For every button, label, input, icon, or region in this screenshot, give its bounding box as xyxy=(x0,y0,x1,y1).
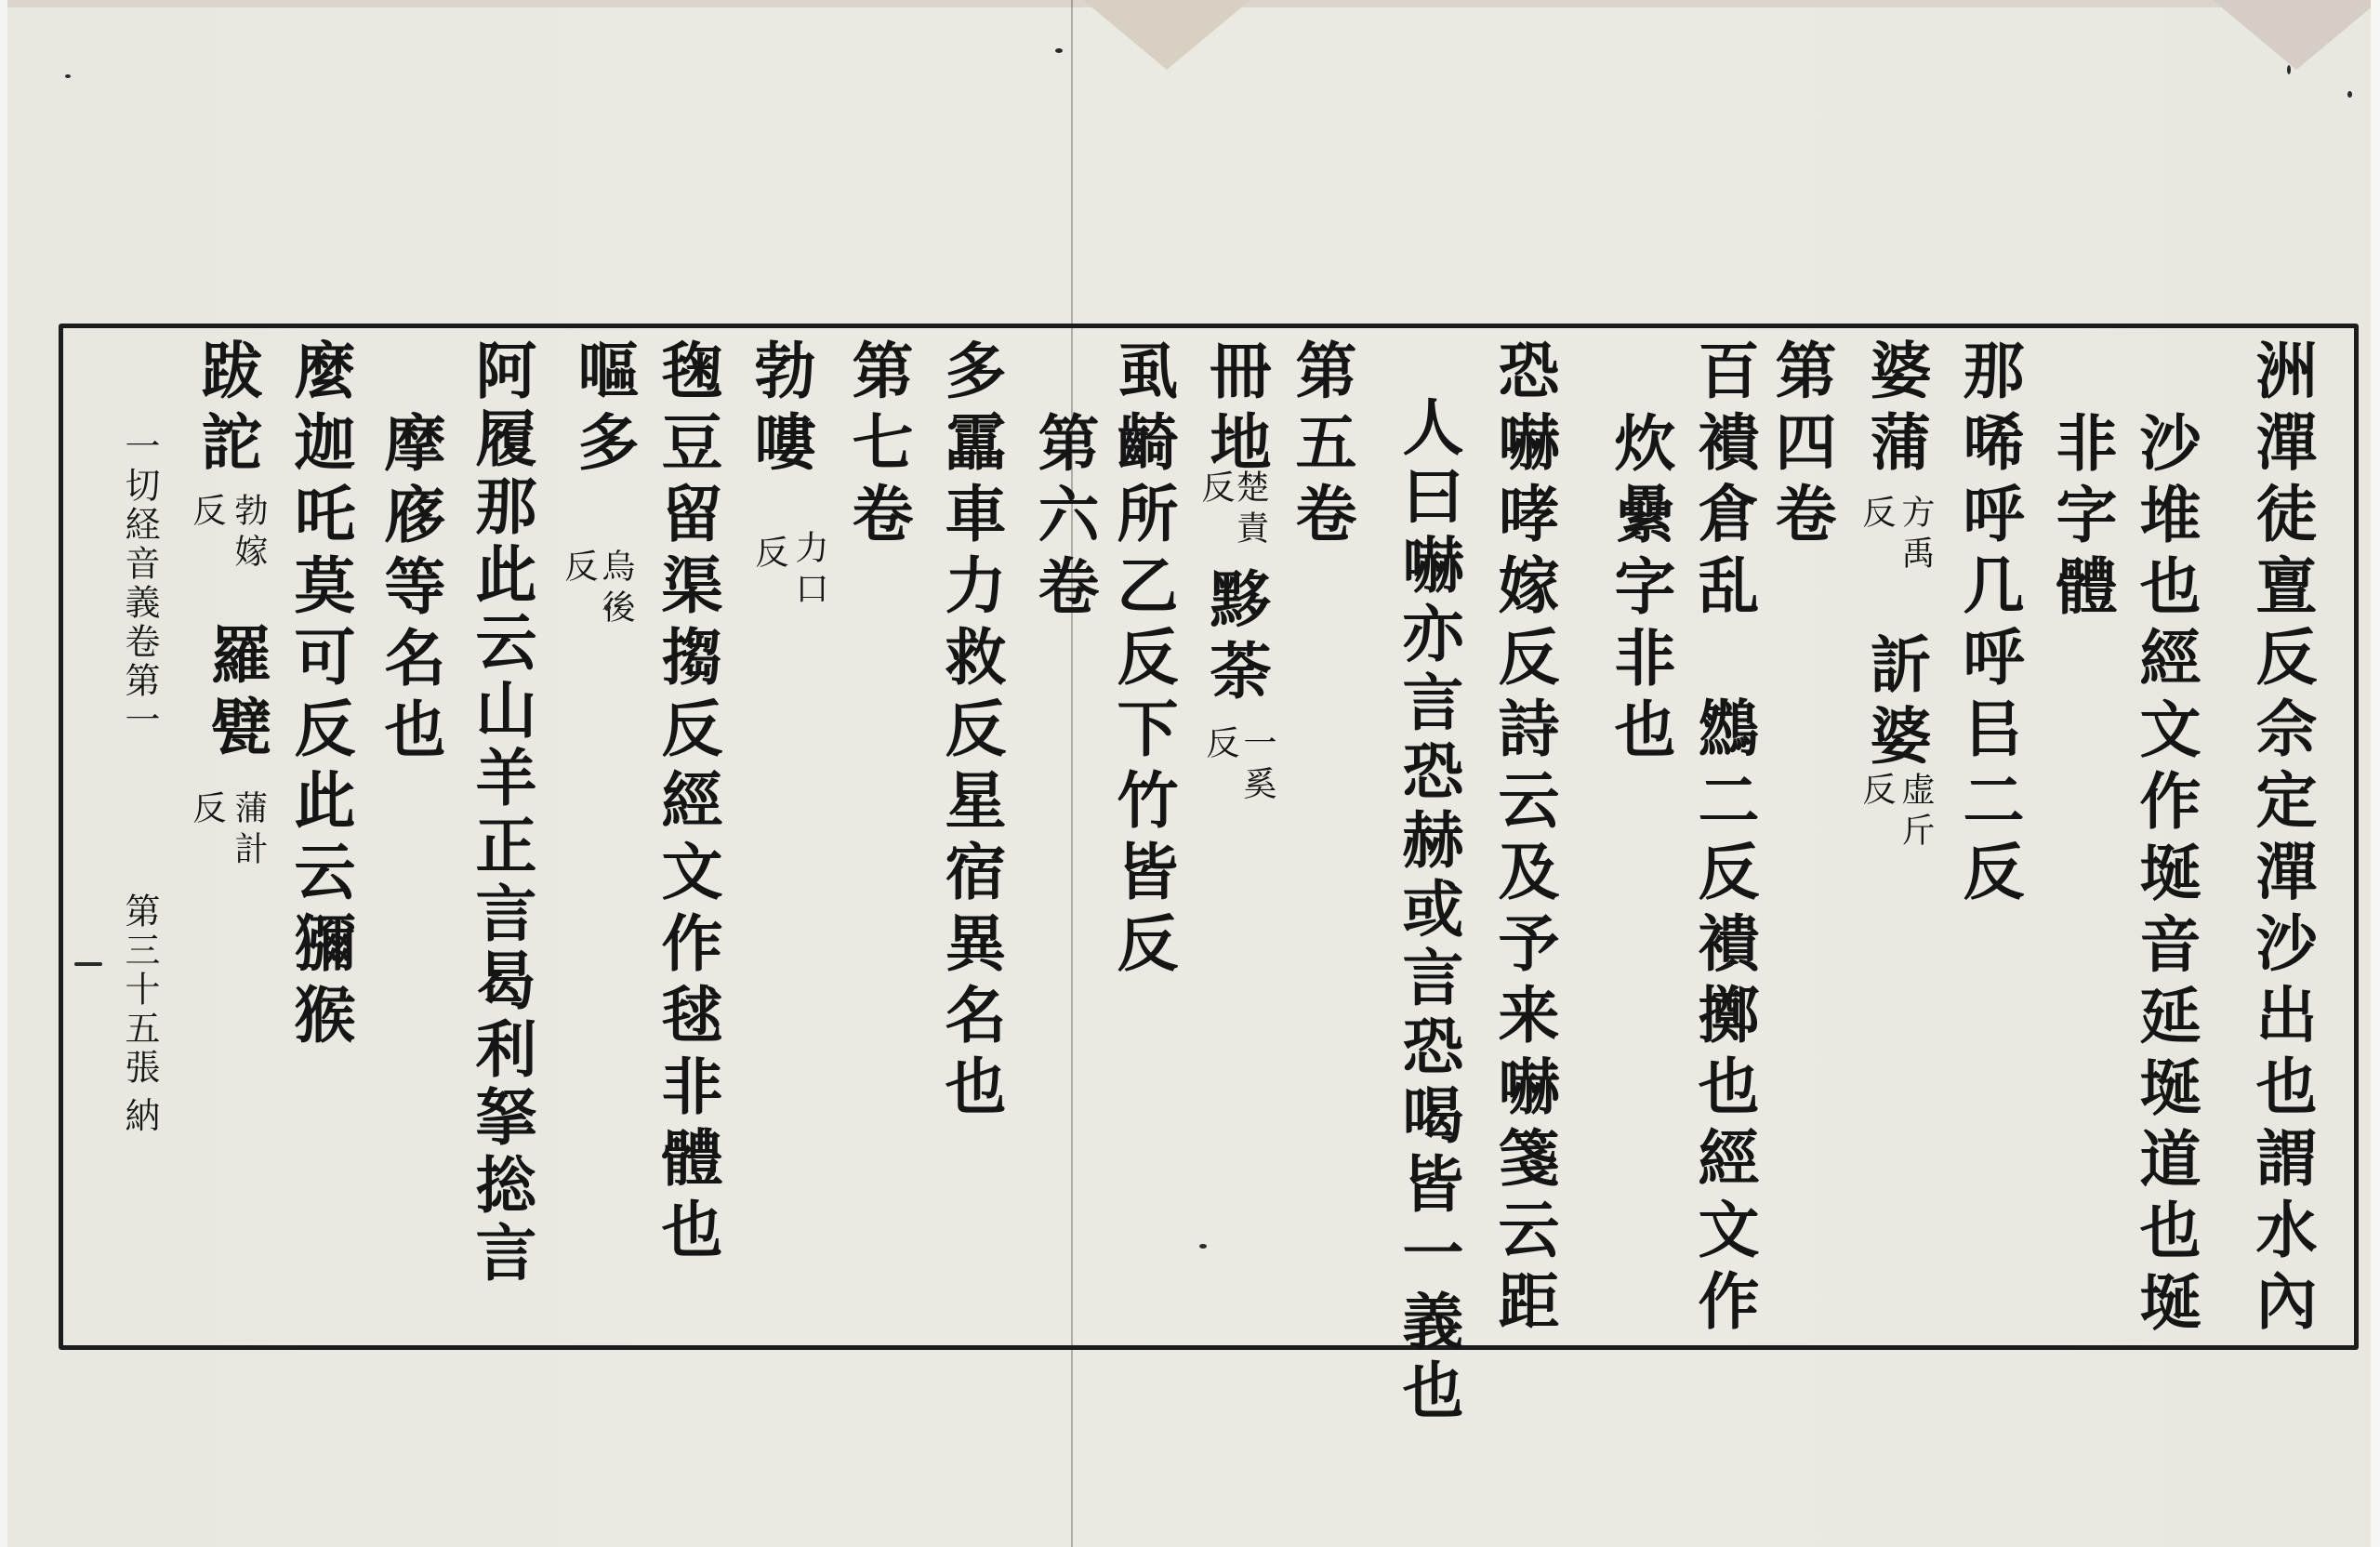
page-left-edge xyxy=(0,0,7,1547)
annotation-5a-suffix: 反 xyxy=(1856,495,1897,535)
scanned-page: 洲潬徒亶反佘定潬沙出也謂水內 沙堆也經文作埏音延埏道也埏 非字體 那唏呼几呼㠯二… xyxy=(0,0,2380,1547)
page-top-notch xyxy=(1083,0,1250,70)
annotation-19-suffix: 反 xyxy=(558,549,599,589)
text-column-5-second: 訢婆 xyxy=(1859,632,1932,775)
annotation-23b-suffix: 反 xyxy=(186,790,227,831)
text-column-7: 百䙡倉乱𢋡䳿二反䙡擲也經文作 xyxy=(1687,338,1760,1341)
section-heading-vol5: 第五卷 xyxy=(1285,338,1357,553)
ink-speck xyxy=(1055,48,1063,53)
text-column-9: 恐嚇哮嫁反詩云及予来嚇箋云距 xyxy=(1487,338,1560,1341)
ink-speck xyxy=(2287,65,2291,74)
annotation-19: 烏後 xyxy=(595,549,636,630)
annotation-23b: 蒲計 xyxy=(228,790,269,872)
ink-speck xyxy=(2347,91,2352,98)
section-heading-vol4: 第四卷 xyxy=(1765,338,1837,553)
text-column-1: 洲潬徒亶反佘定潬沙出也謂水內 xyxy=(2245,338,2318,1341)
annotation-17-suffix: 反 xyxy=(748,535,789,575)
ink-mark xyxy=(74,962,102,966)
annotation-12b: 一奚 xyxy=(1236,725,1277,807)
text-column-2: 沙堆也經文作埏音延埏道也埏 xyxy=(2129,411,2201,1342)
annotation-23a-suffix: 反 xyxy=(186,493,227,534)
page-right-edge xyxy=(2371,0,2380,1547)
section-heading-vol7: 第七卷 xyxy=(841,338,914,553)
annotation-12b-suffix: 反 xyxy=(1199,725,1240,766)
text-column-4: 那唏呼几呼㠯二反 xyxy=(1952,338,2025,911)
annotation-5b: 虚斤 xyxy=(1895,772,1936,853)
annotation-17: 力口 xyxy=(788,530,829,612)
annotation-5a: 方禹 xyxy=(1895,495,1936,576)
page-top-notch-right xyxy=(2213,0,2380,70)
text-column-12-second: 黟荼 xyxy=(1199,567,1272,710)
annotation-12a-suffix: 反 xyxy=(1195,469,1236,510)
annotation-23a: 勃嫁 xyxy=(228,493,269,575)
text-column-3: 非字體 xyxy=(2045,411,2118,626)
text-column-12-head: 冊地 xyxy=(1199,338,1272,482)
text-column-13: 虱齮所乙反下竹皆反 xyxy=(1106,338,1179,983)
ink-speck xyxy=(65,74,71,78)
text-column-22: 麼迦吒莫可反此云獼猴 xyxy=(284,338,356,1054)
footer-mark: 納 xyxy=(119,1097,160,1136)
text-column-21: 摩㢋等名也 xyxy=(374,411,446,769)
text-column-17-head: 勃嘍 xyxy=(744,338,816,482)
text-column-23-head: 跋詑 xyxy=(191,338,263,482)
annotation-5b-suffix: 反 xyxy=(1856,772,1897,813)
text-column-20: 阿履那此云山羊正言曷利拏捴言 xyxy=(465,338,537,1289)
text-column-5-head: 婆蒲 xyxy=(1859,338,1932,482)
text-column-10: 人曰嚇亦言恐赫或言恐喝皆一義也 xyxy=(1392,395,1464,1427)
footer-volume-title: 一切経音義卷第一 xyxy=(119,428,160,740)
text-column-15: 多靁車力救反星宿異名也 xyxy=(934,338,1007,1126)
text-column-18: 毱豆留渠搊反經文作毬非體也 xyxy=(651,338,723,1269)
section-heading-vol6: 第六卷 xyxy=(1027,411,1100,626)
ink-speck xyxy=(604,604,611,611)
ink-speck xyxy=(1199,1244,1207,1249)
text-column-23-second: 羅甓 xyxy=(200,623,272,766)
text-column-8: 炊纍字非也 xyxy=(1604,411,1676,769)
footer-leaf-number: 第三十五張 xyxy=(119,892,160,1088)
text-column-19-head: 嘔多 xyxy=(567,338,640,482)
